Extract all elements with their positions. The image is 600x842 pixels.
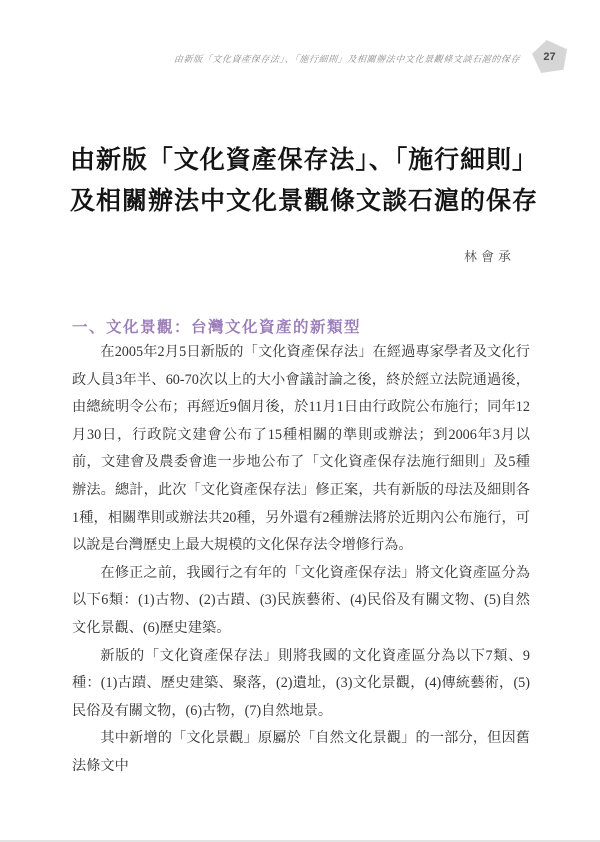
- running-header-title: 由新版「文化資產保存法」、「施行細則」及相關辦法中文化景觀條文談石滬的保存: [173, 52, 521, 65]
- article-title-line-2: 及相關辦法中文化景觀條文談石滬的保存: [70, 181, 537, 222]
- section-heading: 一、文化景觀：台灣文化資產的新類型: [72, 315, 361, 337]
- page: 由新版「文化資產保存法」、「施行細則」及相關辦法中文化景觀條文談石滬的保存 27…: [0, 0, 600, 842]
- body-paragraph: 其中新增的「文化景觀」原屬於「自然文化景觀」的一部分，但因舊法條文中: [72, 725, 530, 780]
- page-number: 27: [543, 51, 555, 63]
- article-body: 在2005年2月5日新版的「文化資產保存法」在經過專家學者及文化行政人員3年半、…: [72, 339, 530, 781]
- article-title-line-1: 由新版「文化資產保存法」、「施行細則」: [70, 140, 537, 181]
- page-number-badge: 27: [532, 40, 567, 73]
- body-paragraph: 在2005年2月5日新版的「文化資產保存法」在經過專家學者及文化行政人員3年半、…: [72, 339, 530, 560]
- body-paragraph: 在修正之前，我國行之有年的「文化資產保存法」將文化資產區分為以下6類：(1)古物…: [72, 560, 530, 643]
- body-paragraph: 新版的「文化資產保存法」則將我國的文化資產區分為以下7類、9種：(1)古蹟、歷史…: [72, 643, 530, 726]
- author-name: 林會承: [464, 246, 515, 265]
- article-title: 由新版「文化資產保存法」、「施行細則」 及相關辦法中文化景觀條文談石滬的保存: [70, 140, 537, 222]
